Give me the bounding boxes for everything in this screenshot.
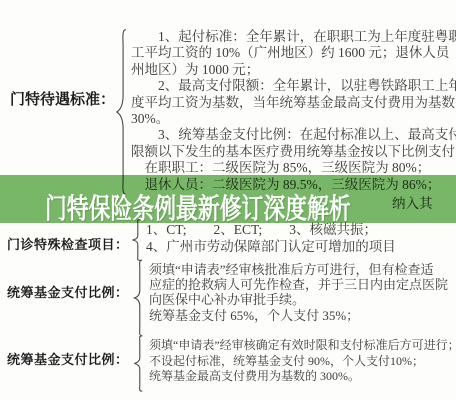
text-line: 工平均工资的 10%（广州地区）约 1600 元；退休人员（广	[131, 45, 453, 61]
section-label-mente-benefit-standard: 门特待遇标准：	[10, 88, 115, 109]
section-label-special-exam-items: 门诊特殊检查项目：	[7, 234, 129, 253]
text-line: 2、最高支付限额：全年累计，以驻粤铁路职工上年	[131, 78, 453, 94]
text-line: 应症的抢救病人可先作检查，并于三日内由定点医院	[149, 277, 448, 292]
curly-brace-icon	[132, 259, 144, 337]
text-line: 州地区）为 1000 元；	[131, 62, 453, 78]
section-text-fund-payment-ratio-2: 须填“申请表”经审核确定有效时限和支付标准后方可进行；不设起付标准，统筹基金支付…	[149, 338, 456, 385]
section-label-fund-payment-ratio-1: 统筹基金支付比例：	[7, 282, 129, 301]
text-line: 不设起付标准，统筹基金支付 90%，个人支付10%；	[149, 354, 456, 370]
section-text-mente-benefit-standard: 1、起付标准：全年累计，在职职工为上年度驻粤职工平均工资的 10%（广州地区）约…	[131, 29, 453, 193]
text-line: 3、统筹基金支付比例：在起付标准以上、最高支付	[131, 127, 453, 143]
text-line: 须填“申请表”经审核批准后方可进行，但有检查适	[149, 262, 448, 277]
curly-brace-icon	[114, 27, 128, 197]
text-line: 度平均工资为基数，当年统筹基金最高支付费用为基数的	[131, 95, 453, 111]
text-line: 4、广州市劳动保障部门认定可增加的项目	[146, 238, 396, 255]
section-text-fund-payment-ratio-1: 须填“申请表”经审核批准后方可进行，但有检查适应症的抢救病人可先作检查，并于三日…	[149, 262, 448, 323]
text-line: 统筹基金最高支付费用为基数的 300%。	[149, 369, 456, 385]
text-line: 向医保中心补办审批手续。	[149, 292, 448, 307]
curly-brace-icon	[132, 335, 144, 392]
banner-headline: 门特保险条例最新修订深度解析	[45, 187, 351, 227]
text-line: 统筹基金支付 65%，个人支付 35%；	[149, 308, 448, 323]
text-line: 30%。	[131, 111, 453, 127]
document-page: 门特待遇标准： 1、起付标准：全年累计，在职职工为上年度驻粤职工平均工资的 10…	[0, 0, 456, 400]
text-line: 1、起付标准：全年累计，在职职工为上年度驻粤职	[131, 29, 453, 45]
section-label-fund-payment-ratio-2: 统筹基金支付比例：	[7, 349, 129, 368]
text-line: 须填“申请表”经审核确定有效时限和支付标准后方可进行；	[149, 338, 456, 354]
text-line: 限额以下发生的基本医疗费用统筹基金按以下比例支付：	[131, 144, 453, 160]
